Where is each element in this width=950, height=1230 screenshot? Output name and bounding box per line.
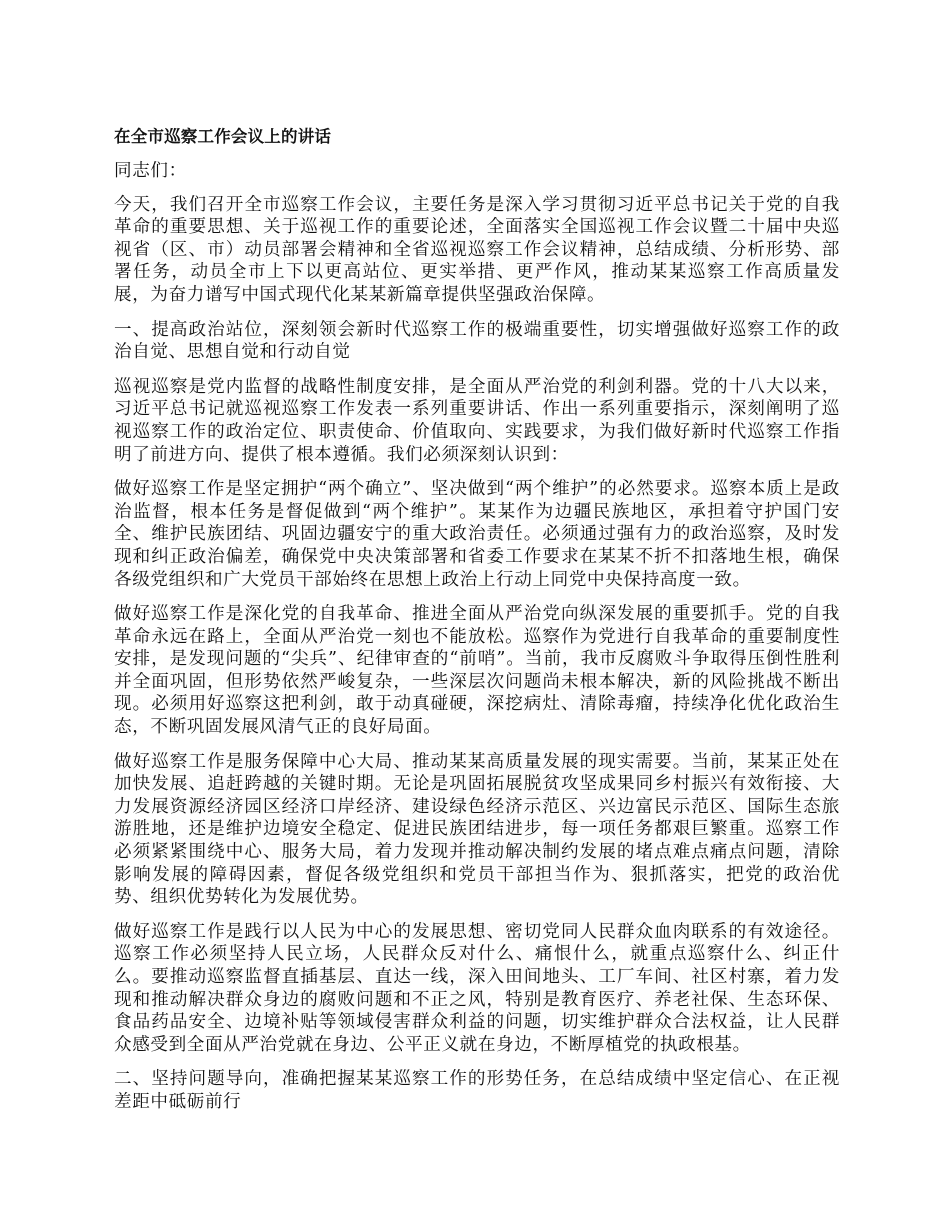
body-paragraph: 做好巡察工作是践行以人民为中心的发展思想、密切党同人民群众血肉联系的有效途径。巡… bbox=[114, 921, 840, 1057]
salutation: 同志们： bbox=[114, 160, 840, 183]
body-paragraph: 巡视巡察是党内监督的战略性制度安排，是全面从严治党的利剑利器。党的十八大以来，习… bbox=[114, 376, 840, 466]
section-heading-2: 二、坚持问题导向，准确把握某某巡察工作的形势任务，在总结成绩中坚定信心、在正视差… bbox=[114, 1068, 840, 1113]
section-heading-1: 一、提高政治站位，深刻领会新时代巡察工作的极端重要性，切实增强做好巡察工作的政治… bbox=[114, 319, 840, 364]
intro-paragraph: 今天，我们召开全市巡察工作会议，主要任务是深入学习贯彻习近平总书记关于党的自我革… bbox=[114, 194, 840, 307]
body-paragraph: 做好巡察工作是服务保障中心大局、推动某某高质量发展的现实需要。当前，某某正处在加… bbox=[114, 751, 840, 909]
document-title: 在全市巡察工作会议上的讲话 bbox=[114, 126, 840, 148]
document-page: 在全市巡察工作会议上的讲话 同志们： 今天，我们召开全市巡察工作会议，主要任务是… bbox=[114, 126, 840, 1126]
body-paragraph: 做好巡察工作是坚定拥护“两个确立”、坚决做到“两个维护”的必然要求。巡察本质上是… bbox=[114, 478, 840, 591]
body-paragraph: 做好巡察工作是深化党的自我革命、推进全面从严治党向纵深发展的重要抓手。党的自我革… bbox=[114, 603, 840, 739]
